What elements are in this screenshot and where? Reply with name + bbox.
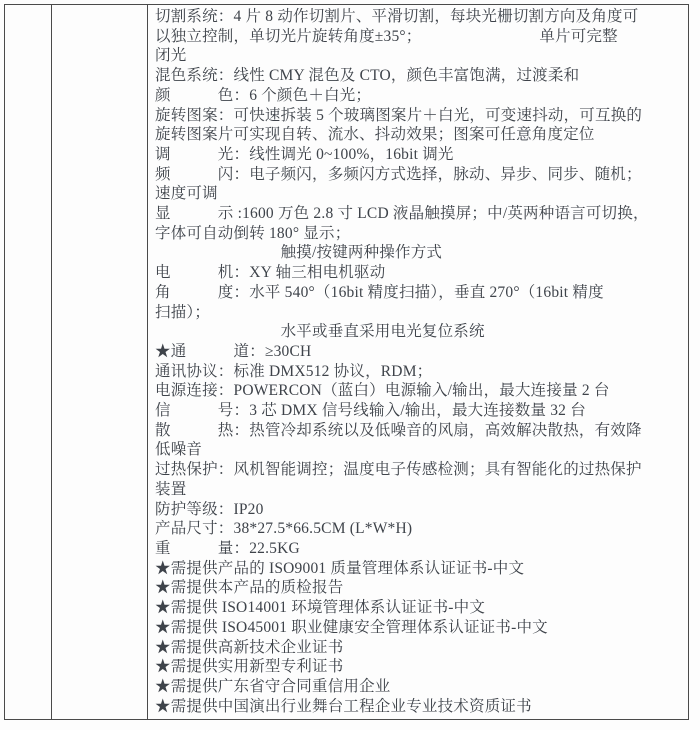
spec-line: 通讯协议：标准 DMX512 协议，RDM；	[155, 362, 684, 382]
spec-lines: 切割系统：4 片 8 动作切割片、平滑切割，每块光栅切割方向及角度可以独立控制，…	[155, 7, 684, 716]
spec-line: 显 示 :1600 万色 2.8 寸 LCD 液晶触摸屏；中/英两种语言可切换，	[155, 204, 684, 224]
spec-line: 低噪音	[155, 440, 684, 460]
document-page: 切割系统：4 片 8 动作切割片、平滑切割，每块光栅切割方向及角度可以独立控制，…	[0, 0, 700, 730]
spec-line: 扫描）；	[155, 303, 684, 323]
spec-line: 闭光	[155, 46, 684, 66]
spec-line: 信 号：3 芯 DMX 信号线输入/输出，最大连接数量 32 台	[155, 401, 684, 421]
empty-cell-2	[52, 5, 148, 719]
spec-line: 电源连接：POWERCON（蓝白）电源输入/输出，最大连接量 2 台	[155, 381, 684, 401]
spec-line: ★需提供产品的 ISO9001 质量管理体系认证证书-中文	[155, 559, 684, 579]
spec-line: 旋转图案片可实现自转、流水、抖动效果；图案可任意角度定位	[155, 125, 684, 145]
spec-line: 防护等级：IP20	[155, 500, 684, 520]
spec-line: 水平或垂直采用电光复位系统	[155, 322, 684, 342]
spec-line: 频 闪：电子频闪，多频闪方式选择，脉动、异步、同步、随机；	[155, 165, 684, 185]
spec-line: 触摸/按键两种操作方式	[155, 243, 684, 263]
spec-line: ★需提供广东省守合同重信用企业	[155, 677, 684, 697]
spec-line: 字体可自动倒转 180° 显示；	[155, 224, 684, 244]
spec-line: 过热保护：风机智能调控；温度电子传感检测；具有智能化的过热保护	[155, 460, 684, 480]
spec-line: ★通 道：≥30CH	[155, 342, 684, 362]
spec-line: ★需提供中国演出行业舞台工程企业专业技术资质证书	[155, 697, 684, 717]
spec-line: ★需提供 ISO45001 职业健康安全管理体系认证证书-中文	[155, 618, 684, 638]
spec-line: 调 光：线性调光 0~100%，16bit 调光	[155, 145, 684, 165]
spec-line: 旋转图案：可快速拆装 5 个玻璃图案片＋白光，可变速抖动，可互换的	[155, 106, 684, 126]
empty-cell-1	[5, 5, 52, 719]
spec-line: 颜 色：6 个颜色＋白光；	[155, 86, 684, 106]
spec-line: 混色系统：线性 CMY 混色及 CTO，颜色丰富饱满，过渡柔和	[155, 66, 684, 86]
spec-line: 以独立控制，单切光片旋转角度±35°； 单片可完整	[155, 27, 684, 47]
spec-table: 切割系统：4 片 8 动作切割片、平滑切割，每块光栅切割方向及角度可以独立控制，…	[4, 4, 689, 720]
spec-line: ★需提供 ISO14001 环境管理体系认证证书-中文	[155, 598, 684, 618]
spec-line: 重 量：22.5KG	[155, 539, 684, 559]
spec-line: ★需提供实用新型专利证书	[155, 657, 684, 677]
spec-line: 装置	[155, 480, 684, 500]
spec-line: 切割系统：4 片 8 动作切割片、平滑切割，每块光栅切割方向及角度可	[155, 7, 684, 27]
spec-line: 产品尺寸：38*27.5*66.5CM (L*W*H)	[155, 519, 684, 539]
spec-content-cell: 切割系统：4 片 8 动作切割片、平滑切割，每块光栅切割方向及角度可以独立控制，…	[148, 5, 688, 719]
spec-line: ★需提供本产品的质检报告	[155, 578, 684, 598]
spec-line: ★需提供高新技术企业证书	[155, 638, 684, 658]
spec-line: 电 机：XY 轴三相电机驱动	[155, 263, 684, 283]
spec-line: 角 度：水平 540°（16bit 精度扫描），垂直 270°（16bit 精度	[155, 283, 684, 303]
spec-line: 速度可调	[155, 184, 684, 204]
spec-line: 散 热：热管冷却系统以及低噪音的风扇，高效解决散热，有效降	[155, 421, 684, 441]
